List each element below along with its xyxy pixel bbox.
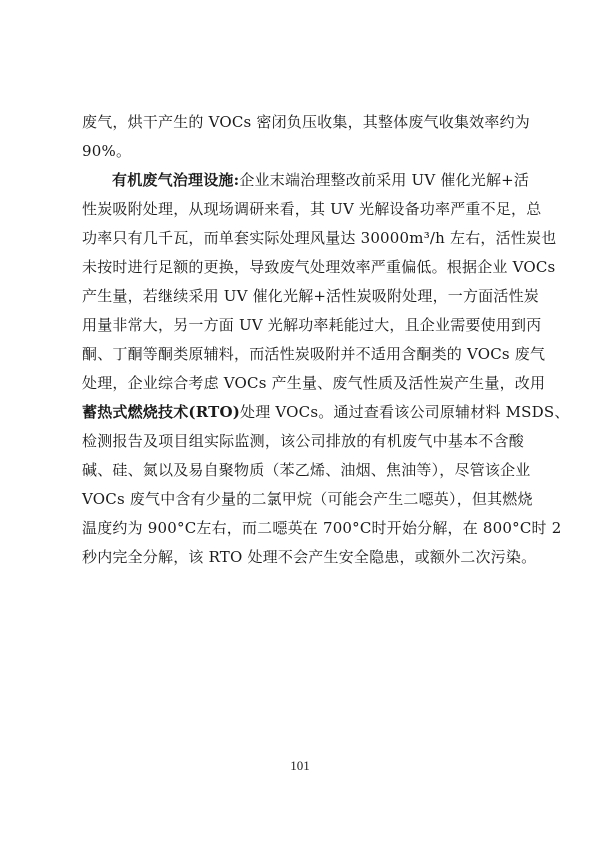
document-page: 废气，烘干产生的 VOCs 密闭负压收集，其整体废气收集效率约为 90%。 有机… [0, 0, 600, 848]
text-line: 功率只有几千瓦，而单套实际处理风量达 30000m³/h 左右，活性炭也 [82, 224, 524, 253]
body-text: 废气，烘干产生的 VOCs 密闭负压收集，其整体废气收集效率约为 90%。 有机… [82, 108, 524, 572]
text-line: 秒内完全分解，该 RTO 处理不会产生安全隐患，或额外二次污染。 [82, 543, 524, 572]
text-line: 产生量，若继续采用 UV 催化光解+活性炭吸附处理，一方面活性炭 [82, 282, 524, 311]
text-line: 未按时进行足额的更换，导致废气处理效率严重偏低。根据企业 VOCs [82, 253, 524, 282]
text-line: 用量非常大，另一方面 UV 光解功率耗能过大，且企业需要使用到丙 [82, 311, 524, 340]
text-line: 废气，烘干产生的 VOCs 密闭负压收集，其整体废气收集效率约为 [82, 108, 524, 137]
bold-term: 蓄热式燃烧技术(RTO) [82, 403, 240, 421]
section-heading: 有机废气治理设施: [112, 171, 239, 189]
text-line: 性炭吸附处理，从现场调研来看，其 UV 光解设备功率严重不足，总 [82, 195, 524, 224]
page-number: 101 [0, 758, 600, 774]
text-line: 有机废气治理设施:企业末端治理整改前采用 UV 催化光解+活 [82, 166, 524, 195]
text-line: VOCs 废气中含有少量的二氯甲烷（可能会产生二噁英），但其燃烧 [82, 485, 524, 514]
text-span: 企业末端治理整改前采用 UV 催化光解+活 [239, 171, 529, 189]
text-line: 检测报告及项目组实际监测，该公司排放的有机废气中基本不含酸 [82, 427, 524, 456]
text-line: 蓄热式燃烧技术(RTO)处理 VOCs。通过查看该公司原辅材料 MSDS、 [82, 398, 524, 427]
text-line: 90%。 [82, 137, 524, 166]
text-line: 温度约为 900°C左右，而二噁英在 700°C时开始分解，在 800°C时 2 [82, 514, 524, 543]
text-span: 处理 VOCs。通过查看该公司原辅材料 MSDS、 [240, 403, 570, 421]
text-line: 酮、丁酮等酮类原辅料，而活性炭吸附并不适用含酮类的 VOCs 废气 [82, 340, 524, 369]
text-line: 碱、硅、氮以及易自聚物质（苯乙烯、油烟、焦油等），尽管该企业 [82, 456, 524, 485]
text-line: 处理，企业综合考虑 VOCs 产生量、废气性质及活性炭产生量，改用 [82, 369, 524, 398]
